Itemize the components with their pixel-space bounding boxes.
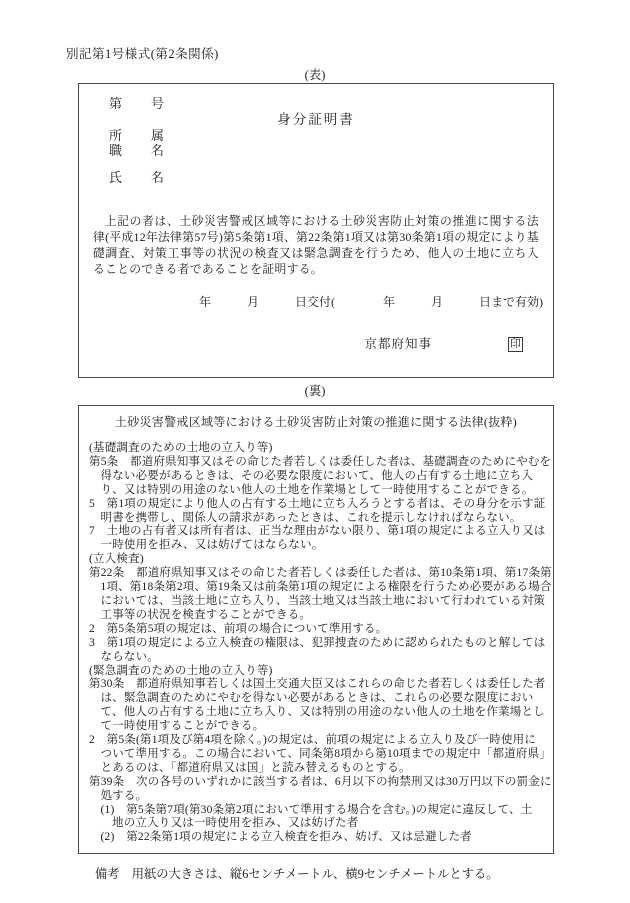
law-line: 2 第5条(第1項及び第4項を除く。)の規定は、前項の規定による立入り及び一時使… xyxy=(89,734,543,748)
law-line: り、又は特別の用途のない他人の土地を作業場として一時使用することができる。 xyxy=(89,484,543,498)
field-position-label-left: 職 xyxy=(109,143,123,158)
law-line: 一時使用を拒み、又は妨げてはならない。 xyxy=(89,539,543,553)
front-card: 第 号 身分証明書 所 属 職 名 氏 名 上記の者は、土砂災害警戒区域等におけ… xyxy=(78,83,554,378)
law-line: (2) 第22条第1項の規定による立入検査を拒み、妨げ、又は忌避した者 xyxy=(89,831,543,845)
law-line: 工事等の状況を検査することができる。 xyxy=(89,609,543,623)
issuer-line: 京都府知事 印 xyxy=(91,336,541,352)
cert-number-label-right: 号 xyxy=(151,96,165,111)
law-line: は、緊急調査のためにやむを得ない必要があるときは、これらの必要な限度におい xyxy=(89,692,543,706)
field-affiliation-label-right: 属 xyxy=(151,128,165,143)
cert-number-row: 第 号 xyxy=(91,96,541,111)
back-side-label: (裏) xyxy=(0,383,630,399)
field-row-name: 氏 名 xyxy=(91,170,541,185)
law-line: (1) 第5条第7項(第30条第2項において準用する場合を含む。)の規定に違反し… xyxy=(89,804,543,818)
field-affiliation-label-left: 所 xyxy=(109,128,123,143)
law-line: 7 土地の占有者又は所有者は、正当な理由がない限り、第1項の規定による立入り又は xyxy=(89,525,543,539)
law-lines: (基礎調査のための土地の立入り等)第5条 都道府県知事又はその命じた者若しくは委… xyxy=(89,442,543,845)
back-card: 土砂災害警戒区域等における土砂災害防止対策の推進に関する法律(抜粋) (基礎調査… xyxy=(78,405,554,854)
law-line: (緊急調査のための土地の立入り等) xyxy=(89,665,543,679)
law-title: 土砂災害警戒区域等における土砂災害防止対策の推進に関する法律(抜粋) xyxy=(89,414,543,430)
law-line: 明書を携帯し、関係人の請求があったときは、これを提示しなければならない。 xyxy=(89,512,543,526)
field-row-position: 職 名 xyxy=(91,143,541,158)
form-note: 別記第1号様式(第2条関係) xyxy=(66,46,630,62)
remark-label: 備考 xyxy=(95,867,120,881)
law-line: 1項、第18条第2項、第19条又は前条第1項の規定による権限を行うため必要がある… xyxy=(89,581,543,595)
law-line: て、他人の占有する土地に立ち入り、又は特別の用途のない他人の土地を作業場とし xyxy=(89,706,543,720)
law-line: 第30条 都道府県知事若しくは国土交通大臣又はこれらの命じた者若しくは委任した者 xyxy=(89,678,543,692)
law-line: においては、当該土地に立ち入り、当該土地又は当該土地において行われている対策 xyxy=(89,595,543,609)
law-line: 第22条 都道府県知事又はその命じた者若しくは委任した者は、第10条第1項、第1… xyxy=(89,567,543,581)
field-name-label-right: 名 xyxy=(151,170,165,185)
remark-text: 用紙の大きさは、縦6センチメートル、横9センチメートルとする。 xyxy=(132,867,499,881)
law-line: 2 第5条第5項の規定は、前項の場合について準用する。 xyxy=(89,623,543,637)
remark-note: 備考用紙の大きさは、縦6センチメートル、横9センチメートルとする。 xyxy=(95,866,630,882)
law-line: 地の立入り又は一時使用を拒み、又は妨げた者 xyxy=(89,817,543,831)
law-line: て一時使用することができる。 xyxy=(89,720,543,734)
law-line: (基礎調査のための土地の立入り等) xyxy=(89,442,543,456)
issuer-title: 京都府知事 xyxy=(364,336,432,352)
cert-body: 上記の者は、土砂災害警戒区域等における土砂災害防止対策の推進に関する法律(平成1… xyxy=(91,213,541,277)
law-line: 処する。 xyxy=(89,790,543,804)
law-line: 3 第1項の規定による立入検査の権限は、犯罪捜査のために認められたものと解しては xyxy=(89,637,543,651)
document-page: 別記第1号様式(第2条関係) (表) 第 号 身分証明書 所 属 職 名 氏 名… xyxy=(0,0,630,903)
law-line: (立入検査) xyxy=(89,553,543,567)
law-line: 第39条 次の各号のいずれかに該当する者は、6月以下の拘禁刑又は30万円以下の罰… xyxy=(89,776,543,790)
law-line: ついて準用する。この場合において、同条第8項から第10項までの規定中「都道府県」 xyxy=(89,748,543,762)
law-line: 5 第1項の規定により他人の占有する土地に立ち入ろうとする者は、その身分を示す証 xyxy=(89,498,543,512)
issue-date-line: 年 月 日交付( 年 月 日まで有効) xyxy=(91,295,541,310)
law-line: 得ない必要があるときは、その必要な限度において、他人の占有する土地に立ち入 xyxy=(89,470,543,484)
law-line: とあるのは、「都道府県又は国」と読み替えるものとする。 xyxy=(89,762,543,776)
field-name-label-left: 氏 xyxy=(109,170,123,185)
cert-number-label-left: 第 xyxy=(109,96,123,111)
field-position-label-right: 名 xyxy=(151,143,165,158)
law-line: 第5条 都道府県知事又はその命じた者若しくは委任した者は、基礎調査のためにやむを xyxy=(89,456,543,470)
front-side-label: (表) xyxy=(0,67,630,83)
law-line: ならない。 xyxy=(89,651,543,665)
field-row-affiliation: 所 属 xyxy=(91,128,541,143)
cert-title: 身分証明書 xyxy=(91,111,541,128)
official-seal-icon: 印 xyxy=(508,337,523,352)
